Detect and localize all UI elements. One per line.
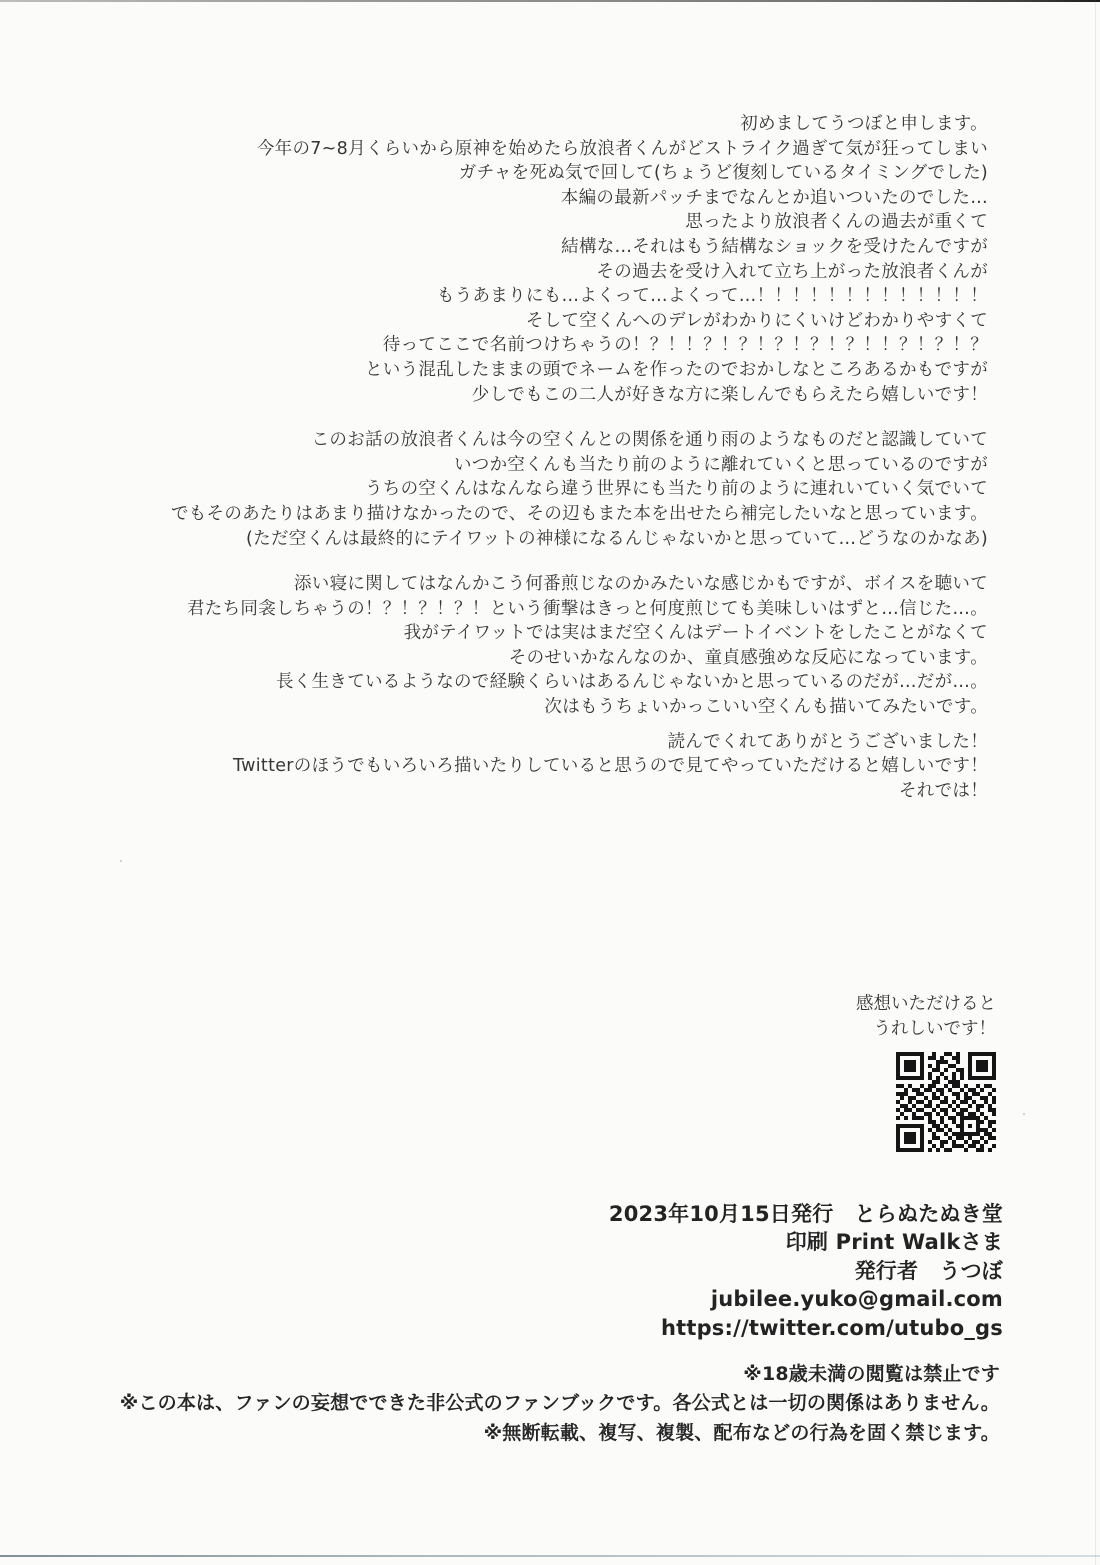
text-line: 本編の最新パッチまでなんとか追いついたのでした… <box>171 186 988 211</box>
text-line: 今年の7~8月くらいから原神を始めたら放浪者くんがどストライク過ぎて気が狂ってし… <box>171 137 988 162</box>
disclaimer-notices: ※18歳未満の閲覧は禁止です ※この本は、ファンの妄想でできた非公式のファンブッ… <box>120 1360 1000 1448</box>
afterword-text: 初めましてうつぼと申します。今年の7~8月くらいから原神を始めたら放浪者くんがど… <box>171 112 988 803</box>
text-line: ガチャを死ぬ気で回して(ちょうど復刻しているタイミングでした) <box>171 161 988 186</box>
text-line: 我がテイワットでは実はまだ空くんはデートイベントをしたことがなくて <box>171 621 988 646</box>
text-line: うちの空くんはなんなら違う世界にも当たり前のように連れいていく気でいて <box>171 477 988 502</box>
text-line: Twitterのほうでもいろいろ描いたりしていると思うので見てやっていただけると… <box>171 754 988 779</box>
text-line: という混乱したままの頭でネームを作ったのでおかしなところあるかもですが <box>171 358 988 383</box>
scan-artifact-top-edge <box>0 0 1100 2</box>
text-line: 初めましてうつぼと申します。 <box>171 112 988 137</box>
text-line: いつか空くんも当たり前のように離れていくと思っているのですが <box>171 453 988 478</box>
text-line: 少しでもこの二人が好きな方に楽しんでもらえたら嬉しいです！ <box>171 383 988 408</box>
publisher-name: 発行者 うつぼ <box>609 1257 1003 1285</box>
text-line: 次はもうちょいかっこいい空くんも描いてみたいです。 <box>171 695 988 720</box>
text-line: もうあまりにも…よくって…よくって…！！！！！！！！！！！！！ <box>171 284 988 309</box>
text-line: 読んでくれてありがとうございました！ <box>171 730 988 755</box>
scan-artifact-right-edge <box>1095 0 1096 1565</box>
scan-speck <box>120 860 122 862</box>
text-line: 添い寝に関してはなんかこう何番煎じなのかみたいな感じかもですが、ボイスを聴いて <box>171 572 988 597</box>
afterword-paragraph-4: 読んでくれてありがとうございました！Twitterのほうでもいろいろ描いたりして… <box>171 730 988 804</box>
scan-speck <box>1023 1113 1025 1115</box>
text-line: 待ってここで名前つけちゃうの！？！！？！？！？！？！？！！？！？！？ <box>171 333 988 358</box>
afterword-paragraph-3: 添い寝に関してはなんかこう何番煎じなのかみたいな感じかもですが、ボイスを聴いて君… <box>171 572 988 720</box>
text-line: そのせいかなんなのか、童貞感強めな反応になっています。 <box>171 646 988 671</box>
qr-caption-line-2: うれしいです！ <box>856 1017 996 1042</box>
text-line: 思ったより放浪者くんの過去が重くて <box>171 210 988 235</box>
contact-email-text: jubilee.yuko@gmail.com <box>609 1285 1003 1313</box>
qr-code <box>896 1052 996 1152</box>
scanned-afterword-page: { "page": { "afterword": { "para1": [ "初… <box>0 0 1100 1565</box>
afterword-paragraph-1: 初めましてうつぼと申します。今年の7~8月くらいから原神を始めたら放浪者くんがど… <box>171 112 988 407</box>
feedback-qr-block: 感想いただけると うれしいです！ <box>856 992 996 1160</box>
age-restriction-notice: ※18歳未満の閲覧は禁止です <box>120 1360 1000 1389</box>
text-line: このお話の放浪者くんは今の空くんとの関係を通り雨のようなものだと認識していて <box>171 428 988 453</box>
qr-caption-line-1: 感想いただけると <box>856 992 996 1017</box>
unofficial-fanbook-notice: ※この本は、ファンの妄想でできた非公式のファンブックです。各公式とは一切の関係は… <box>120 1389 1000 1418</box>
text-line: 君たち同衾しちゃうの！？！？！？！という衝撃はきっと何度煎じても美味しいはずと…… <box>171 597 988 622</box>
text-line: でもそのあたりはあまり描けなかったので、その辺もまた本を出せたら補完したいなと思… <box>171 502 988 527</box>
colophon: 2023年10月15日発行 とらぬたぬき堂 印刷 Print Walkさま 発行… <box>609 1200 1003 1342</box>
printer-credit: 印刷 Print Walkさま <box>609 1228 1003 1256</box>
text-line: そして空くんへのデレがわかりにくいけどわかりやすくて <box>171 309 988 334</box>
scan-artifact-bottom-edge <box>0 1555 1100 1557</box>
no-reproduction-notice: ※無断転載、複写、複製、配布などの行為を固く禁じます。 <box>120 1419 1000 1448</box>
text-line: 結構な…それはもう結構なショックを受けたんですが <box>171 235 988 260</box>
text-line: (ただ空くんは最終的にテイワットの神様になるんじゃないかと思っていて…どうなのか… <box>171 527 988 552</box>
publication-date-circle-name: 2023年10月15日発行 とらぬたぬき堂 <box>609 1200 1003 1228</box>
afterword-paragraph-2: このお話の放浪者くんは今の空くんとの関係を通り雨のようなものだと認識していていつ… <box>171 428 988 551</box>
text-line: その過去を受け入れて立ち上がった放浪者くんが <box>171 260 988 285</box>
text-line: それでは！ <box>171 779 988 804</box>
twitter-url-text: https://twitter.com/utubo_gs <box>609 1314 1003 1342</box>
text-line: 長く生きているようなので経験くらいはあるんじゃないかと思っているのだが…だが…。 <box>171 670 988 695</box>
